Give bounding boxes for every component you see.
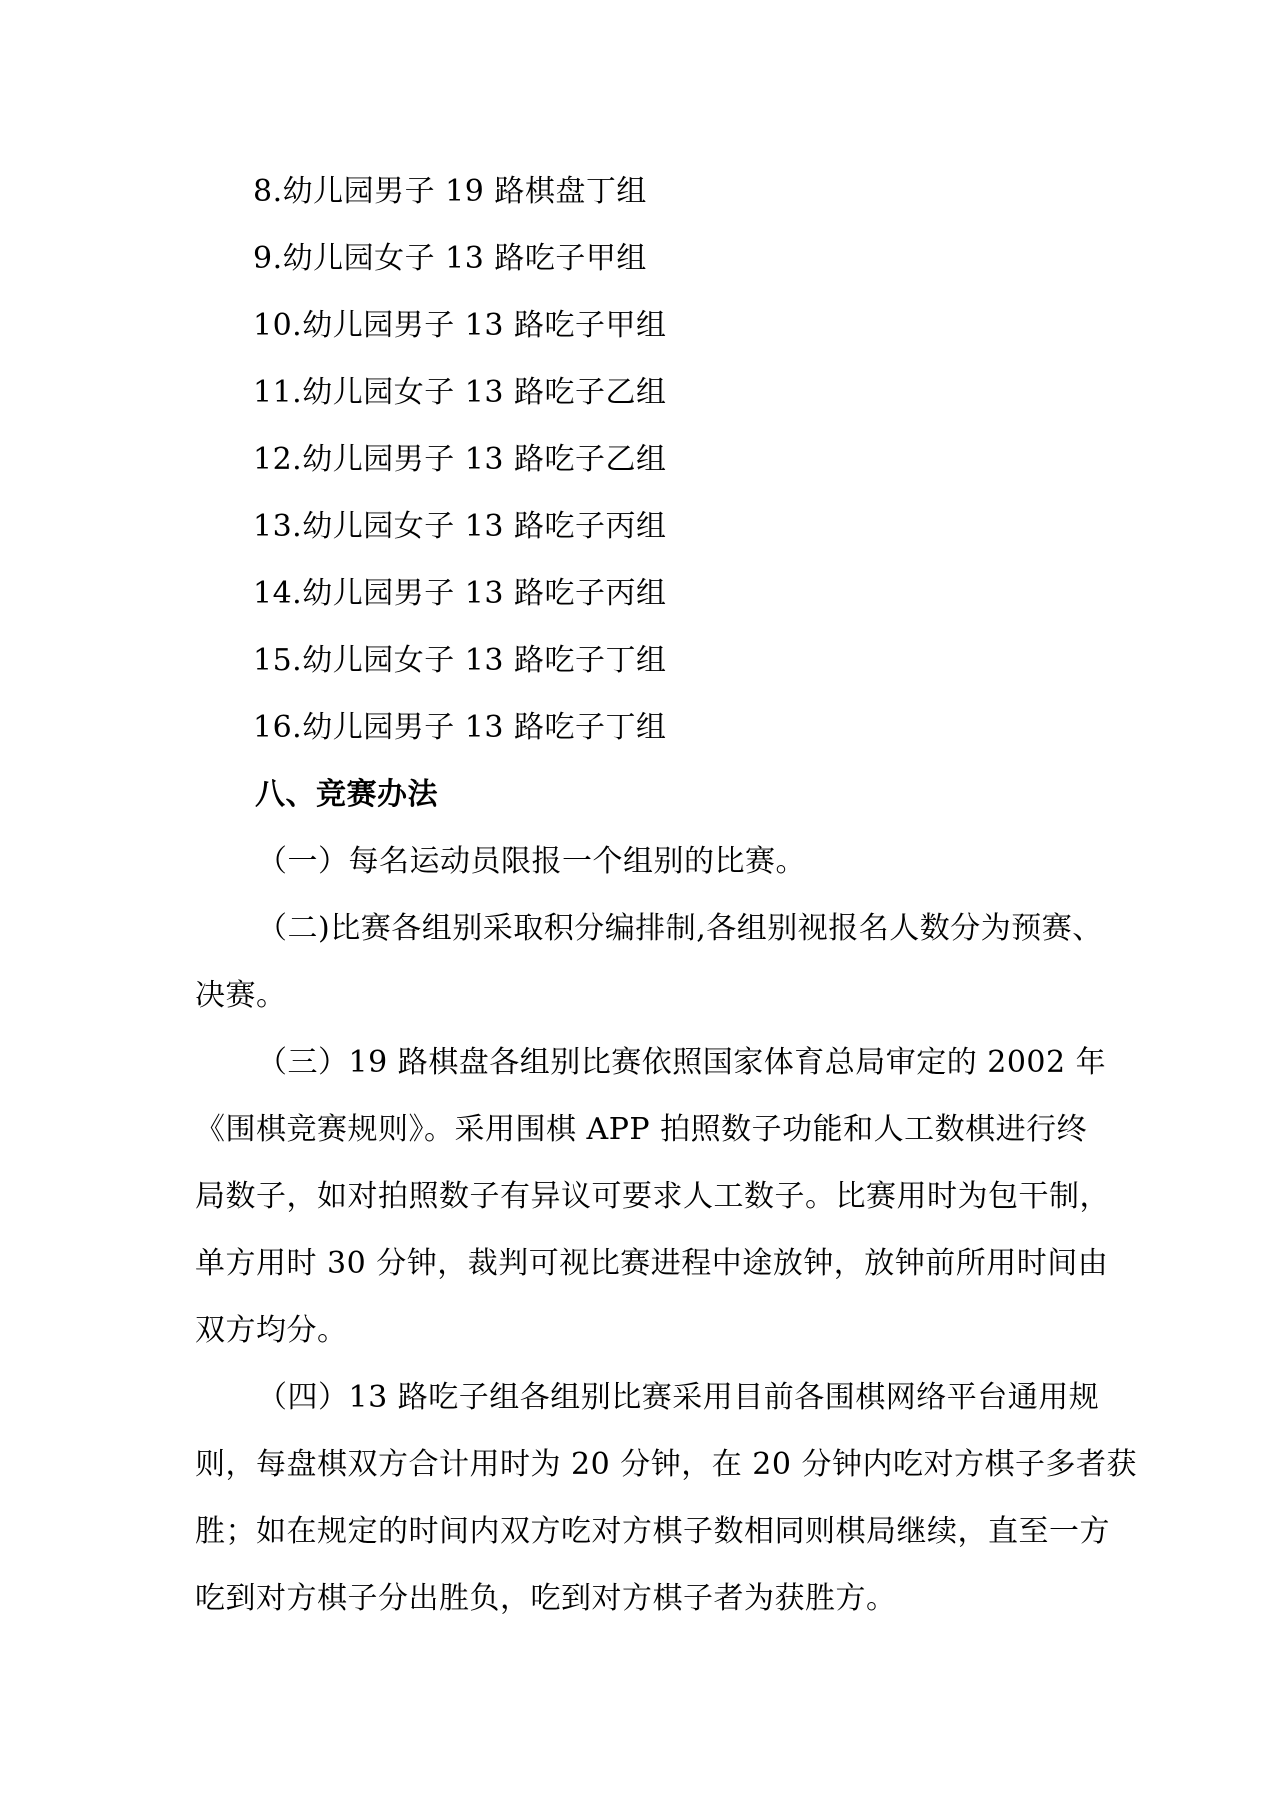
paragraph-line: 局数子，如对拍照数子有异议可要求人工数子。比赛用时为包干制， xyxy=(195,1163,1083,1230)
paragraph-line: （二)比赛各组别采取积分编排制,各组别视报名人数分为预赛、 xyxy=(195,895,1083,962)
document-page: 8.幼儿园男子 19 路棋盘丁组 9.幼儿园女子 13 路吃子甲组 10.幼儿园… xyxy=(195,158,1083,1632)
paragraph-line: 则，每盘棋双方合计用时为 20 分钟，在 20 分钟内吃对方棋子多者获 xyxy=(195,1431,1083,1498)
event-group-list: 8.幼儿园男子 19 路棋盘丁组 9.幼儿园女子 13 路吃子甲组 10.幼儿园… xyxy=(195,158,1083,761)
list-item: 9.幼儿园女子 13 路吃子甲组 xyxy=(195,225,1083,292)
paragraph-line: 双方均分。 xyxy=(195,1297,1083,1364)
paragraph-2: （二)比赛各组别采取积分编排制,各组别视报名人数分为预赛、 决赛。 xyxy=(195,895,1083,1029)
paragraph-1: （一）每名运动员限报一个组别的比赛。 xyxy=(195,828,1083,895)
paragraph-4: （四）13 路吃子组各组别比赛采用目前各围棋网络平台通用规 则，每盘棋双方合计用… xyxy=(195,1364,1083,1632)
paragraph-line: （一）每名运动员限报一个组别的比赛。 xyxy=(195,828,1083,895)
paragraph-line: 吃到对方棋子分出胜负，吃到对方棋子者为获胜方。 xyxy=(195,1565,1083,1632)
section-heading: 八、竞赛办法 xyxy=(195,761,1083,828)
list-item: 16.幼儿园男子 13 路吃子丁组 xyxy=(195,694,1083,761)
list-item: 10.幼儿园男子 13 路吃子甲组 xyxy=(195,292,1083,359)
list-item: 14.幼儿园男子 13 路吃子丙组 xyxy=(195,560,1083,627)
paragraph-line: （三）19 路棋盘各组别比赛依照国家体育总局审定的 2002 年 xyxy=(195,1029,1083,1096)
list-item: 13.幼儿园女子 13 路吃子丙组 xyxy=(195,493,1083,560)
list-item: 8.幼儿园男子 19 路棋盘丁组 xyxy=(195,158,1083,225)
list-item: 12.幼儿园男子 13 路吃子乙组 xyxy=(195,426,1083,493)
paragraph-line: 决赛。 xyxy=(195,962,1083,1029)
paragraph-line: 胜；如在规定的时间内双方吃对方棋子数相同则棋局继续，直至一方 xyxy=(195,1498,1083,1565)
list-item: 11.幼儿园女子 13 路吃子乙组 xyxy=(195,359,1083,426)
paragraph-line: （四）13 路吃子组各组别比赛采用目前各围棋网络平台通用规 xyxy=(195,1364,1083,1431)
paragraph-line: 《围棋竞赛规则》。采用围棋 APP 拍照数子功能和人工数棋进行终 xyxy=(195,1096,1083,1163)
paragraph-3: （三）19 路棋盘各组别比赛依照国家体育总局审定的 2002 年 《围棋竞赛规则… xyxy=(195,1029,1083,1364)
paragraph-line: 单方用时 30 分钟，裁判可视比赛进程中途放钟，放钟前所用时间由 xyxy=(195,1230,1083,1297)
list-item: 15.幼儿园女子 13 路吃子丁组 xyxy=(195,627,1083,694)
